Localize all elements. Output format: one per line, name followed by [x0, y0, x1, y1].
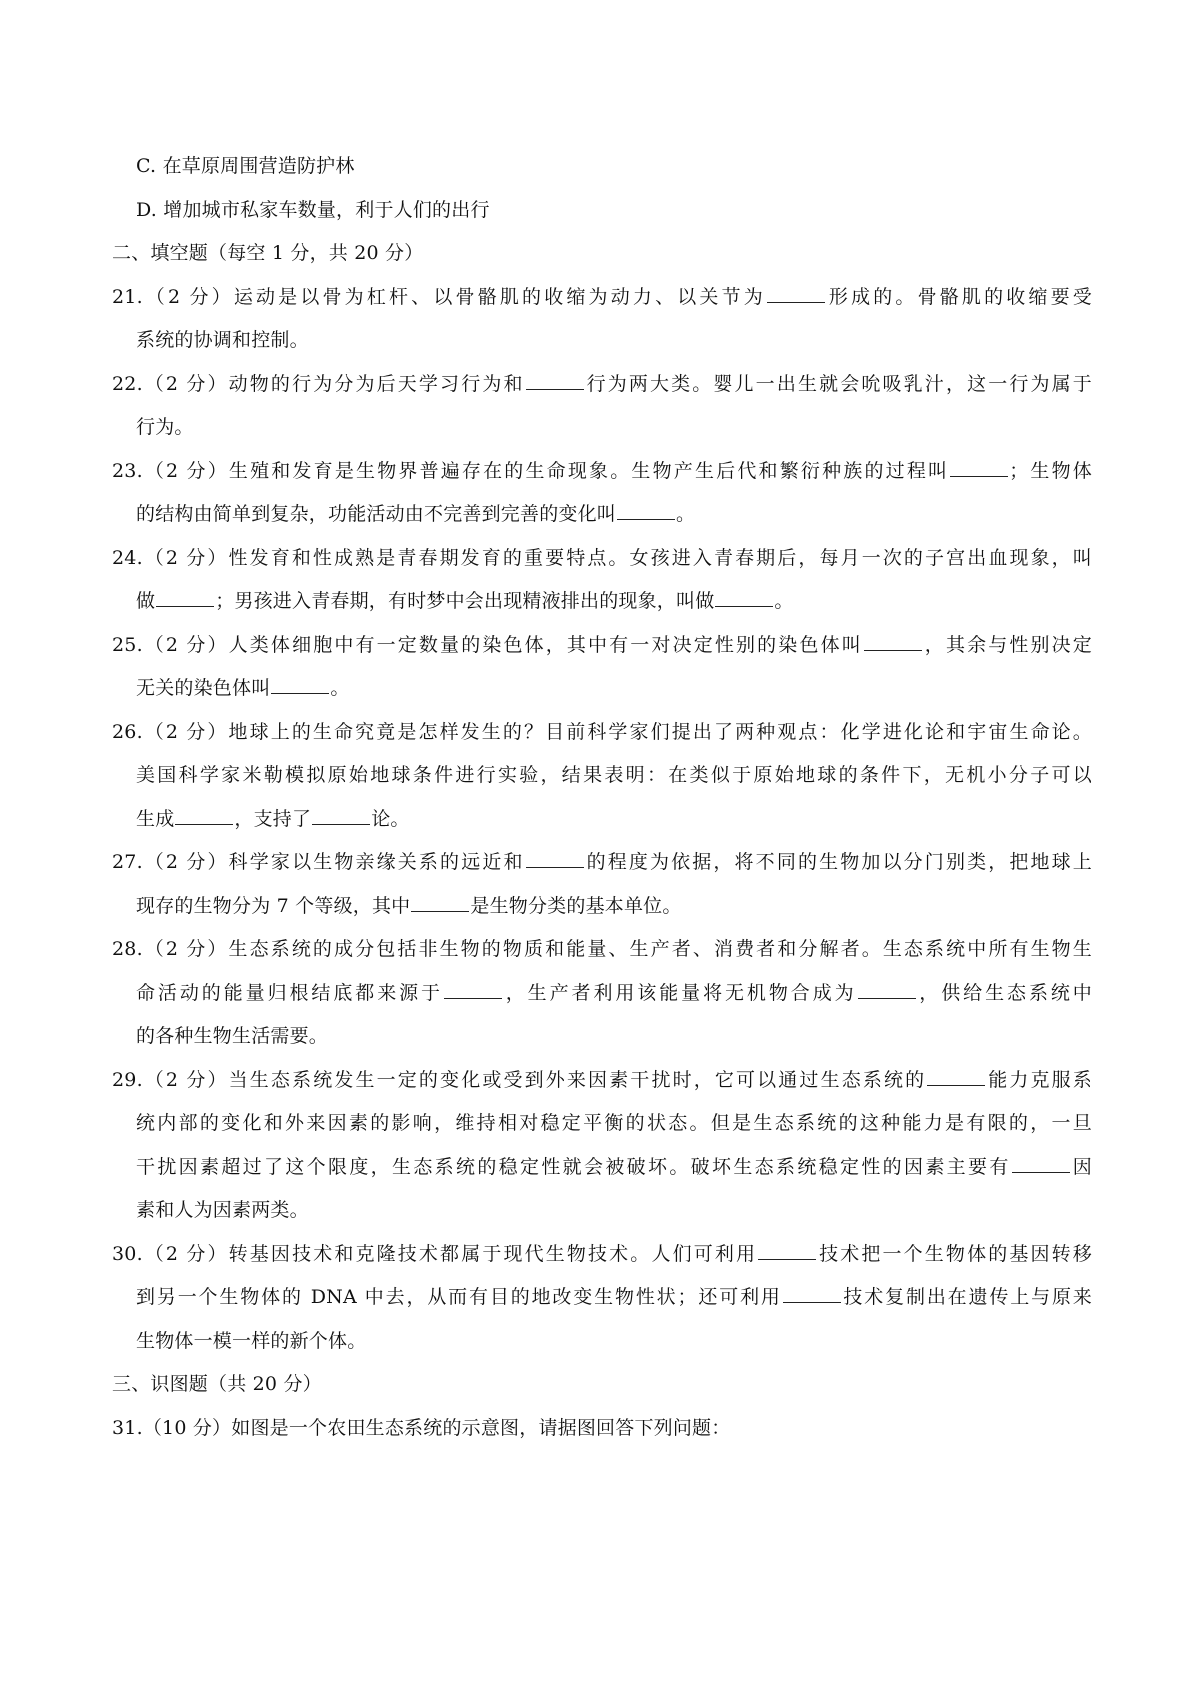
question-line: 23.（2 分）生殖和发育是生物界普遍存在的生命现象。生物产生后代和繁衍种族的过…: [112, 450, 1092, 494]
question-text: ，支持了: [234, 808, 311, 830]
question-number: 27.: [112, 851, 143, 873]
question-line: 的各种生物生活需要。: [112, 1015, 1092, 1059]
question-score: （2 分）: [143, 547, 229, 569]
question-text: 行为。: [136, 416, 194, 438]
question-line: 到另一个生物体的 DNA 中去，从而有目的地改变生物性状；还可利用技术复制出在遗…: [112, 1276, 1092, 1320]
question-text: 。: [774, 590, 793, 612]
question-text: 性发育和性成熟是青春期发育的重要特点。女孩进入青春期后，每月一次的子宫出血现象，…: [229, 547, 1093, 569]
question-line: 28.（2 分）生态系统的成分包括非生物的物质和能量、生产者、消费者和分解者。生…: [112, 928, 1092, 972]
question-21: 21.（2 分）运动是以骨为杠杆、以骨骼肌的收缩为动力、以关节为形成的。骨骼肌的…: [112, 276, 1092, 363]
question-score: （2 分）: [143, 286, 234, 308]
question-line: 29.（2 分）当生态系统发生一定的变化或受到外来因素干扰时，它可以通过生态系统…: [112, 1059, 1092, 1103]
question-score: （2 分）: [143, 634, 229, 656]
question-number: 24.: [112, 547, 143, 569]
question-line: 22.（2 分）动物的行为分为后天学习行为和行为两大类。婴儿一出生就会吮吸乳汁，…: [112, 363, 1092, 407]
answer-blank[interactable]: [927, 1067, 985, 1086]
question-text: 美国科学家米勒模拟原始地球条件进行实验，结果表明：在类似于原始地球的条件下，无机…: [136, 764, 1092, 786]
question-text: ，其余与性别决定: [923, 634, 1092, 656]
answer-blank[interactable]: [444, 980, 502, 999]
answer-blank[interactable]: [156, 588, 214, 607]
question-score: （2 分）: [143, 1243, 229, 1265]
question-number: 25.: [112, 634, 143, 656]
question-26: 26.（2 分）地球上的生命究竟是怎样发生的？目前科学家们提出了两种观点：化学进…: [112, 711, 1092, 842]
question-text: 系统的协调和控制。: [136, 329, 309, 351]
question-number: 30.: [112, 1243, 143, 1265]
option-d: D. 增加城市私家车数量，利于人们的出行: [112, 189, 1092, 233]
question-text: 科学家以生物亲缘关系的远近和: [229, 851, 525, 873]
question-text: 做: [136, 590, 155, 612]
question-text: 运动是以骨为杠杆、以骨骼肌的收缩为动力、以关节为: [234, 286, 766, 308]
answer-blank[interactable]: [950, 458, 1008, 477]
question-number: 29.: [112, 1069, 143, 1091]
document-page: C. 在草原周围营造防护林 D. 增加城市私家车数量，利于人们的出行 二、填空题…: [112, 145, 1092, 1450]
question-text: 技术把一个生物体的基因转移: [817, 1243, 1092, 1265]
answer-blank[interactable]: [1012, 1154, 1070, 1173]
section-heading-fill-blank: 二、填空题（每空 1 分，共 20 分）: [112, 232, 1092, 276]
question-text: 能力克服系: [986, 1069, 1092, 1091]
question-score: （2 分）: [143, 1069, 229, 1091]
question-text: 生成: [136, 808, 174, 830]
answer-blank[interactable]: [526, 371, 584, 390]
question-list: 21.（2 分）运动是以骨为杠杆、以骨骼肌的收缩为动力、以关节为形成的。骨骼肌的…: [112, 276, 1092, 1364]
question-text: 动物的行为分为后天学习行为和: [229, 373, 525, 395]
question-line: 行为。: [112, 406, 1092, 450]
answer-blank[interactable]: [411, 893, 469, 912]
question-line: 统内部的变化和外来因素的影响，维持相对稳定平衡的状态。但是生态系统的这种能力是有…: [112, 1102, 1092, 1146]
question-text: 的各种生物生活需要。: [136, 1025, 328, 1047]
answer-blank[interactable]: [312, 806, 370, 825]
question-score: （2 分）: [143, 721, 229, 743]
question-line: 21.（2 分）运动是以骨为杠杆、以骨骼肌的收缩为动力、以关节为形成的。骨骼肌的…: [112, 276, 1092, 320]
question-text: 地球上的生命究竟是怎样发生的？目前科学家们提出了两种观点：化学进化论和宇宙生命论…: [229, 721, 1093, 743]
question-text: 形成的。骨骼肌的收缩要受: [826, 286, 1092, 308]
question-text: 素和人为因素两类。: [136, 1199, 309, 1221]
question-line: 26.（2 分）地球上的生命究竟是怎样发生的？目前科学家们提出了两种观点：化学进…: [112, 711, 1092, 755]
answer-blank[interactable]: [783, 1284, 841, 1303]
question-line: 生成，支持了论。: [112, 798, 1092, 842]
question-number: 26.: [112, 721, 143, 743]
question-number: 23.: [112, 460, 143, 482]
question-text: ，生产者利用该能量将无机物合成为: [503, 982, 857, 1004]
question-text: ；生物体: [1009, 460, 1092, 482]
question-text: 生殖和发育是生物界普遍存在的生命现象。生物产生后代和繁衍种族的过程叫: [229, 460, 949, 482]
question-text: 技术复制出在遗传上与原来: [842, 1286, 1092, 1308]
question-line: 美国科学家米勒模拟原始地球条件进行实验，结果表明：在类似于原始地球的条件下，无机…: [112, 754, 1092, 798]
question-text: 。: [330, 677, 349, 699]
question-line: 30.（2 分）转基因技术和克隆技术都属于现代生物技术。人们可利用技术把一个生物…: [112, 1233, 1092, 1277]
answer-blank[interactable]: [858, 980, 916, 999]
question-text: 现存的生物分为 7 个等级，其中: [136, 895, 410, 917]
answer-blank[interactable]: [864, 632, 922, 651]
option-text: 增加城市私家车数量，利于人们的出行: [163, 199, 489, 221]
question-line: 系统的协调和控制。: [112, 319, 1092, 363]
question-line: 素和人为因素两类。: [112, 1189, 1092, 1233]
answer-blank[interactable]: [271, 675, 329, 694]
section-heading-diagram: 三、识图题（共 20 分）: [112, 1363, 1092, 1407]
question-line: 25.（2 分）人类体细胞中有一定数量的染色体，其中有一对决定性别的染色体叫，其…: [112, 624, 1092, 668]
question-text: ；男孩进入青春期，有时梦中会出现精液排出的现象，叫做: [215, 590, 714, 612]
answer-blank[interactable]: [617, 501, 675, 520]
question-22: 22.（2 分）动物的行为分为后天学习行为和行为两大类。婴儿一出生就会吮吸乳汁，…: [112, 363, 1092, 450]
question-31: 31.（10 分）如图是一个农田生态系统的示意图，请据图回答下列问题：: [112, 1407, 1092, 1451]
question-text: 当生态系统发生一定的变化或受到外来因素干扰时，它可以通过生态系统的: [229, 1069, 927, 1091]
answer-blank[interactable]: [715, 588, 773, 607]
question-number: 31.: [112, 1417, 143, 1439]
question-text: 生态系统的成分包括非生物的物质和能量、生产者、消费者和分解者。生态系统中所有生物…: [229, 938, 1093, 960]
question-29: 29.（2 分）当生态系统发生一定的变化或受到外来因素干扰时，它可以通过生态系统…: [112, 1059, 1092, 1233]
question-text: 行为两大类。婴儿一出生就会吮吸乳汁，这一行为属于: [585, 373, 1092, 395]
question-line: 命活动的能量归根结底都来源于，生产者利用该能量将无机物合成为，供给生态系统中: [112, 972, 1092, 1016]
question-text: 的结构由简单到复杂，功能活动由不完善到完善的变化叫: [136, 503, 616, 525]
question-score: （2 分）: [143, 938, 229, 960]
question-text: 无关的染色体叫: [136, 677, 270, 699]
question-text: 转基因技术和克隆技术都属于现代生物技术。人们可利用: [229, 1243, 758, 1265]
question-line: 无关的染色体叫。: [112, 667, 1092, 711]
question-score: （2 分）: [143, 851, 229, 873]
answer-blank[interactable]: [526, 849, 584, 868]
question-text: 论。: [371, 808, 409, 830]
question-line: 生物体一模一样的新个体。: [112, 1320, 1092, 1364]
option-label: C.: [136, 155, 156, 177]
question-line: 的结构由简单到复杂，功能活动由不完善到完善的变化叫。: [112, 493, 1092, 537]
question-text: 生物体一模一样的新个体。: [136, 1330, 366, 1352]
question-line: 做；男孩进入青春期，有时梦中会出现精液排出的现象，叫做。: [112, 580, 1092, 624]
question-text: 的程度为依据，将不同的生物加以分门别类，把地球上: [585, 851, 1092, 873]
question-text: ，供给生态系统中: [917, 982, 1092, 1004]
question-text: 干扰因素超过了这个限度，生态系统的稳定性就会被破坏。破坏生态系统稳定性的因素主要…: [136, 1156, 1011, 1178]
question-28: 28.（2 分）生态系统的成分包括非生物的物质和能量、生产者、消费者和分解者。生…: [112, 928, 1092, 1059]
question-line: 27.（2 分）科学家以生物亲缘关系的远近和的程度为依据，将不同的生物加以分门别…: [112, 841, 1092, 885]
question-24: 24.（2 分）性发育和性成熟是青春期发育的重要特点。女孩进入青春期后，每月一次…: [112, 537, 1092, 624]
question-score: （2 分）: [143, 373, 229, 395]
question-text: 命活动的能量归根结底都来源于: [136, 982, 443, 1004]
question-27: 27.（2 分）科学家以生物亲缘关系的远近和的程度为依据，将不同的生物加以分门别…: [112, 841, 1092, 928]
question-number: 22.: [112, 373, 143, 395]
option-text: 在草原周围营造防护林: [163, 155, 355, 177]
option-label: D.: [136, 199, 157, 221]
question-text: 因: [1071, 1156, 1092, 1178]
question-text: 到另一个生物体的 DNA 中去，从而有目的地改变生物性状；还可利用: [136, 1286, 782, 1308]
option-c: C. 在草原周围营造防护林: [112, 145, 1092, 189]
answer-blank[interactable]: [175, 806, 233, 825]
question-23: 23.（2 分）生殖和发育是生物界普遍存在的生命现象。生物产生后代和繁衍种族的过…: [112, 450, 1092, 537]
question-text: 人类体细胞中有一定数量的染色体，其中有一对决定性别的染色体叫: [229, 634, 863, 656]
question-text: 是生物分类的基本单位。: [470, 895, 681, 917]
question-25: 25.（2 分）人类体细胞中有一定数量的染色体，其中有一对决定性别的染色体叫，其…: [112, 624, 1092, 711]
question-line: 24.（2 分）性发育和性成熟是青春期发育的重要特点。女孩进入青春期后，每月一次…: [112, 537, 1092, 581]
question-text: 。: [676, 503, 695, 525]
question-number: 28.: [112, 938, 143, 960]
question-line: 干扰因素超过了这个限度，生态系统的稳定性就会被破坏。破坏生态系统稳定性的因素主要…: [112, 1146, 1092, 1190]
question-line: 现存的生物分为 7 个等级，其中是生物分类的基本单位。: [112, 885, 1092, 929]
question-text: 统内部的变化和外来因素的影响，维持相对稳定平衡的状态。但是生态系统的这种能力是有…: [136, 1112, 1092, 1134]
question-number: 21.: [112, 286, 143, 308]
answer-blank[interactable]: [767, 284, 825, 303]
question-text: 如图是一个农田生态系统的示意图，请据图回答下列问题：: [231, 1417, 730, 1439]
question-score: （10 分）: [143, 1417, 231, 1439]
question-30: 30.（2 分）转基因技术和克隆技术都属于现代生物技术。人们可利用技术把一个生物…: [112, 1233, 1092, 1364]
question-score: （2 分）: [143, 460, 229, 482]
answer-blank[interactable]: [758, 1241, 816, 1260]
